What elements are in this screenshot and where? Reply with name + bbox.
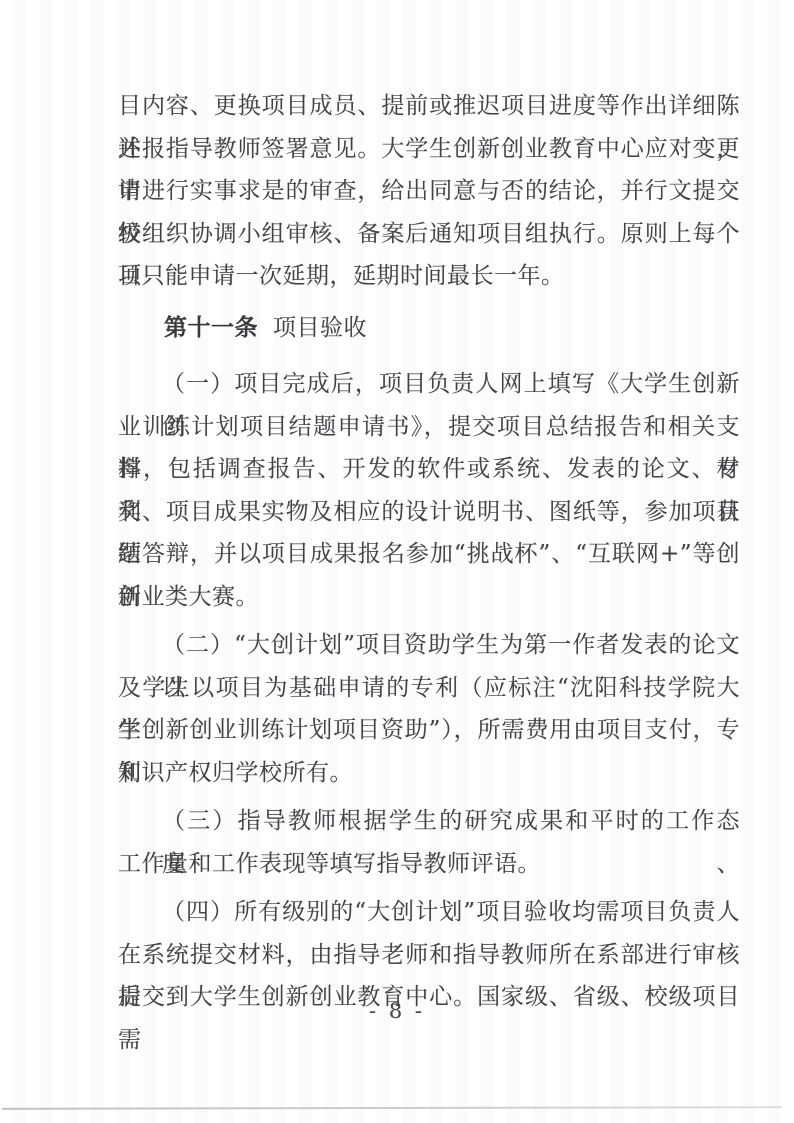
text-line: 知识产权归学校所有。 <box>118 752 740 795</box>
paragraph: （三）指导教师根据学生的研究成果和平时的工作态度、工作量和工作表现等填写指导教师… <box>118 800 740 885</box>
section-heading-term: 第十一条 <box>164 314 258 341</box>
text-line: 目只能申请一次延期，延期时间最长一年。 <box>118 255 740 298</box>
paragraph: （二）“大创计划”项目资助学生为第一作者发表的论文以及学生以项目为基础申请的专利… <box>118 624 740 794</box>
scan-edge-line <box>2 1106 782 1110</box>
text-line: （三）指导教师根据学生的研究成果和平时的工作态度、 <box>118 800 740 843</box>
text-line: （四）所有级别的“大创计划”项目验收均需项目负责人 <box>118 891 740 934</box>
text-line: 奖、项目成果实物及相应的设计说明书、图纸等，参加项目结 <box>118 491 740 534</box>
text-line: 请进行实事求是的审查，给出同意与否的结论，并行文提交校 <box>118 170 740 213</box>
text-line: 料，包括调查报告、开发的软件或系统、发表的论文、专利、获 <box>118 448 740 491</box>
paragraph: 目内容、更换项目成员、提前或推迟项目进度等作出详细陈述，并报指导教师签署意见。大… <box>118 85 740 298</box>
document-page: 目内容、更换项目成员、提前或推迟项目进度等作出详细陈述，并报指导教师签署意见。大… <box>0 0 794 1123</box>
text-line: （二）“大创计划”项目资助学生为第一作者发表的论文以 <box>118 624 740 667</box>
text-line: （一）项目完成后，项目负责人网上填写《大学生创新创 <box>118 363 740 406</box>
page-number: - 8 - <box>0 999 794 1023</box>
section-heading: 第十一条项目验收 <box>118 307 740 350</box>
text-line: 业训练计划项目结题申请书》，提交项目总结报告和相关支撑材 <box>118 406 740 449</box>
text-line: 创业类大赛。 <box>118 576 740 619</box>
section-heading-title: 项目验收 <box>273 315 367 341</box>
paragraph: （一）项目完成后，项目负责人网上填写《大学生创新创业训练计划项目结题申请书》，提… <box>118 363 740 618</box>
text-line: 题答辩，并以项目成果报名参加“挑战杯”、“互联网+”等创新 <box>118 533 740 576</box>
text-line: 在系统提交材料，由指导老师和指导教师所在系部进行审核后 <box>118 934 740 977</box>
text-line: 生创新创业训练计划项目资助”），所需费用由项目支付，专利 <box>118 709 740 752</box>
text-line: 级组织协调小组审核、备案后通知项目组执行。原则上每个项 <box>118 213 740 256</box>
text-line: 目内容、更换项目成员、提前或推迟项目进度等作出详细陈述， <box>118 85 740 128</box>
text-block: 目内容、更换项目成员、提前或推迟项目进度等作出详细陈述，并报指导教师签署意见。大… <box>118 85 740 1019</box>
text-line: 并报指导教师签署意见。大学生创新创业教育中心应对变更申 <box>118 128 740 171</box>
text-line: 及学生以项目为基础申请的专利（应标注“沈阳科技学院大学 <box>118 667 740 710</box>
